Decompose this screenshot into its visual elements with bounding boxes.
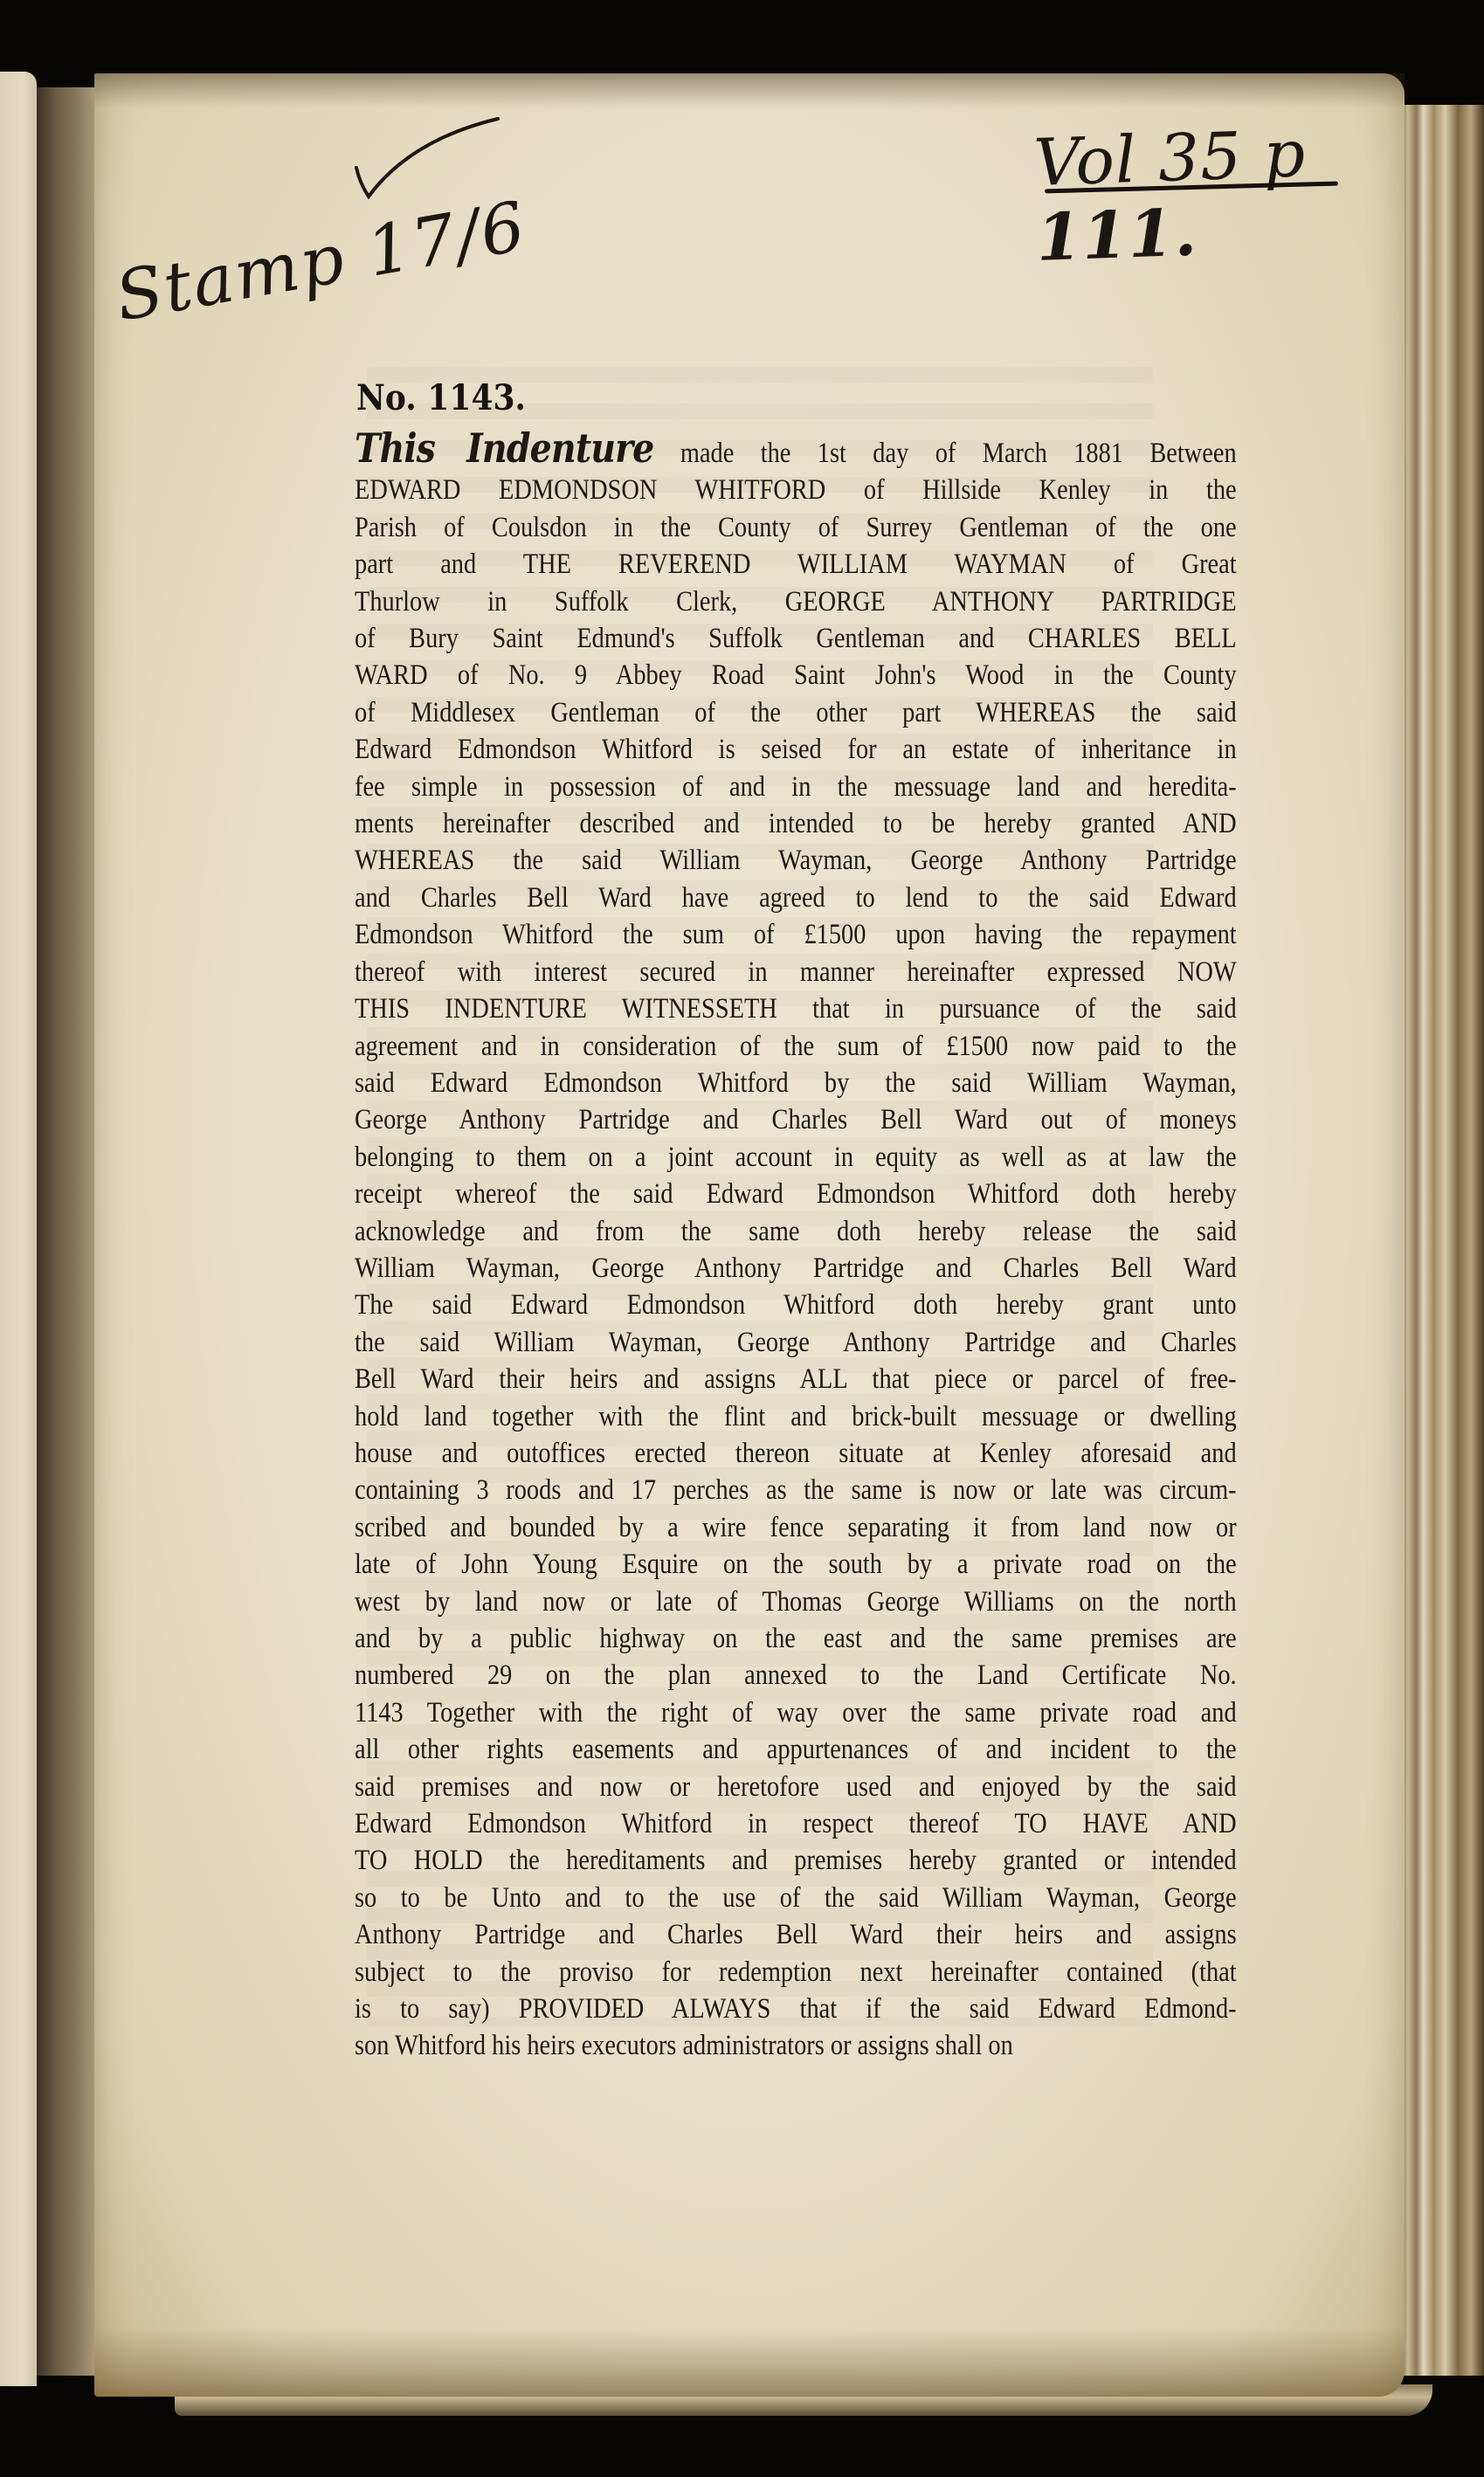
body-line: containing 3 roods and 17 perches as the…	[355, 1472, 1237, 1508]
body-line: subject to the proviso for redemption ne…	[355, 1954, 1237, 1991]
body-line: TO HOLD the hereditaments and premises h…	[355, 1842, 1237, 1879]
body-line: William Wayman, George Anthony Partridge…	[355, 1250, 1237, 1287]
body-line: scribed and bounded by a wire fence sepa…	[355, 1509, 1237, 1546]
body-line: said premises and now or heretofore used…	[355, 1769, 1237, 1805]
body-line: said Edward Edmondson Whitford by the sa…	[355, 1065, 1237, 1101]
body-line: all other rights easements and appurtena…	[355, 1731, 1237, 1768]
body-line: receipt whereof the said Edward Edmondso…	[355, 1176, 1237, 1212]
body-line: EDWARD EDMONDSON WHITFORD of Hillside Ke…	[355, 472, 1237, 508]
body-line: is to say) PROVIDED ALWAYS that if the s…	[355, 1991, 1237, 2027]
body-line: Parish of Coulsdon in the County of Surr…	[355, 509, 1237, 546]
volume-reference: Vol 35 p 111.	[1032, 110, 1484, 276]
body-line: acknowledge and from the same doth hereb…	[355, 1213, 1237, 1250]
previous-page-edge	[0, 72, 37, 2386]
body-line: of Middlesex Gentleman of the other part…	[355, 694, 1237, 731]
body-line: and Charles Bell Ward have agreed to len…	[355, 880, 1237, 916]
entry-number: No. 1143.	[356, 377, 526, 418]
body-line: Edward Edmondson Whitford is seised for …	[355, 731, 1237, 768]
indenture-body: This Indenture made the 1st day of March…	[355, 430, 1237, 2065]
body-line: WARD of No. 9 Abbey Road Saint John's Wo…	[355, 657, 1237, 693]
body-line: ments hereinafter described and intended…	[355, 805, 1237, 842]
body-line: late of John Young Esquire on the south …	[355, 1546, 1237, 1583]
body-line: hold land together with the flint and br…	[355, 1398, 1237, 1435]
body-line: of Bury Saint Edmund's Suffolk Gentleman…	[355, 620, 1237, 657]
body-line: the said William Wayman, George Anthony …	[355, 1324, 1237, 1361]
body-line: thereof with interest secured in manner …	[355, 954, 1237, 990]
heading-blackletter: This Indenture	[355, 424, 653, 472]
page-stack-fore-edge	[1398, 105, 1484, 2376]
body-line: house and outoffices erected thereon sit…	[355, 1435, 1237, 1472]
body-line: part and THE REVEREND WILLIAM WAYMAN of …	[355, 546, 1237, 583]
body-line: agreement and in consideration of the su…	[355, 1028, 1237, 1065]
body-line: Edward Edmondson Whitford in respect the…	[355, 1805, 1237, 1842]
body-line: THIS INDENTURE WITNESSETH that in pursua…	[355, 990, 1237, 1027]
body-line: Bell Ward their heirs and assigns ALL th…	[355, 1361, 1237, 1397]
body-line: Anthony Partridge and Charles Bell Ward …	[355, 1916, 1237, 1953]
body-line: and by a public highway on the east and …	[355, 1620, 1237, 1657]
body-line: George Anthony Partridge and Charles Bel…	[355, 1101, 1237, 1138]
body-line: west by land now or late of Thomas Georg…	[355, 1583, 1237, 1620]
body-line: numbered 29 on the plan annexed to the L…	[355, 1657, 1237, 1694]
body-line: fee simple in possession of and in the m…	[355, 769, 1237, 805]
body-line: 1143 Together with the right of way over…	[355, 1694, 1237, 1731]
body-line: belonging to them on a joint account in …	[355, 1139, 1237, 1176]
body-line: so to be Unto and to the use of the said…	[355, 1880, 1237, 1916]
body-line-1: This Indenture made the 1st day of March…	[355, 430, 1237, 472]
body-line: WHEREAS the said William Wayman, George …	[355, 842, 1237, 879]
book-gutter	[37, 87, 94, 2376]
volume-reference-page: 111.	[1035, 196, 1198, 276]
body-line: son Whitford his heirs executors adminis…	[355, 2027, 1237, 2064]
body-line: Edmondson Whitford the sum of £1500 upon…	[355, 916, 1237, 953]
body-line: Thurlow in Suffolk Clerk, GEORGE ANTHONY…	[355, 583, 1237, 620]
body-line: The said Edward Edmondson Whitford doth …	[355, 1287, 1237, 1323]
body-line-text: made the 1st day of March 1881 Between	[680, 438, 1237, 469]
